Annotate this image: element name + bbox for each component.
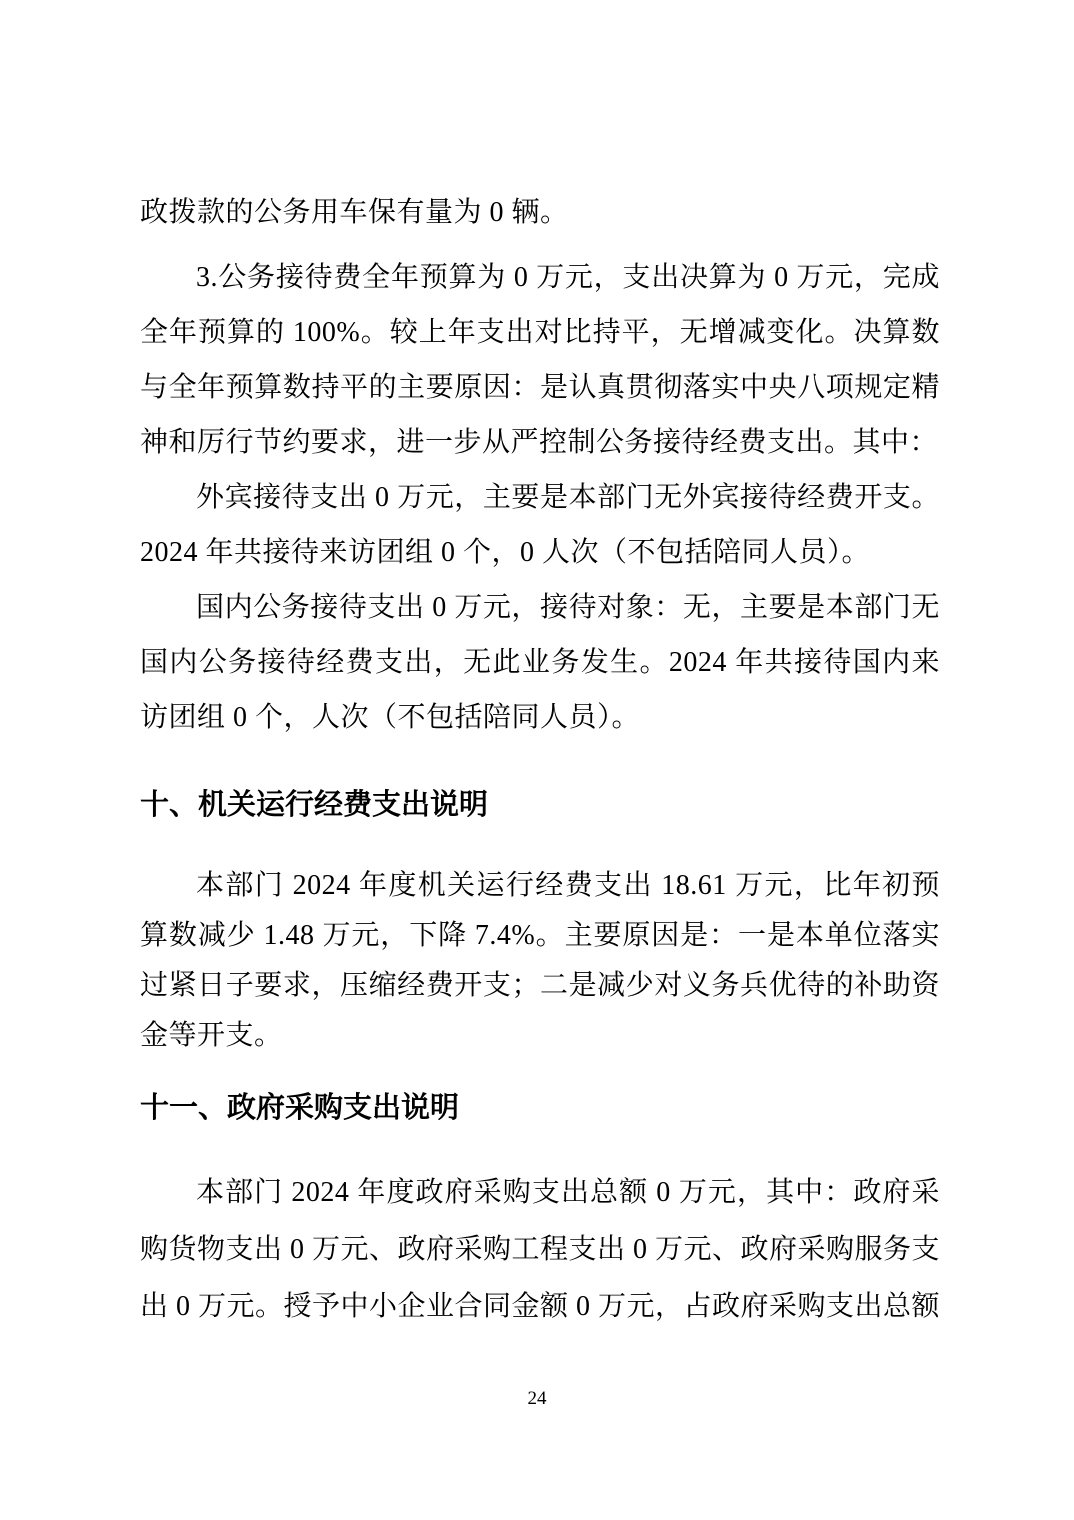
page-number: 24 (528, 1388, 547, 1409)
section-heading-ten-operating-costs: 十、机关运行经费支出说明 (140, 785, 940, 825)
page-footer: 24 (0, 1388, 1074, 1410)
document-page: 政拨款的公务用车保有量为 0 辆。 3.公务接待费全年预算为 0 万元，支出决算… (0, 0, 1074, 1520)
document-body: 政拨款的公务用车保有量为 0 辆。 3.公务接待费全年预算为 0 万元，支出决算… (140, 185, 940, 1335)
paragraph-foreign-guests: 外宾接待支出 0 万元，主要是本部门无外宾接待经费开支。2024 年共接待来访团… (140, 470, 940, 580)
paragraph-government-procurement: 本部门 2024 年度政府采购支出总额 0 万元，其中：政府采购货物支出 0 万… (140, 1164, 940, 1335)
paragraph-official-reception: 3.公务接待费全年预算为 0 万元，支出决算为 0 万元，完成全年预算的 100… (140, 250, 940, 470)
paragraph-domestic-reception: 国内公务接待支出 0 万元，接待对象：无，主要是本部门无国内公务接待经费支出，无… (140, 580, 940, 745)
paragraph-vehicle-continuation: 政拨款的公务用车保有量为 0 辆。 (140, 185, 940, 240)
section-heading-eleven-procurement: 十一、政府采购支出说明 (140, 1088, 940, 1128)
paragraph-operating-costs: 本部门 2024 年度机关运行经费支出 18.61 万元，比年初预算数减少 1.… (140, 861, 940, 1061)
